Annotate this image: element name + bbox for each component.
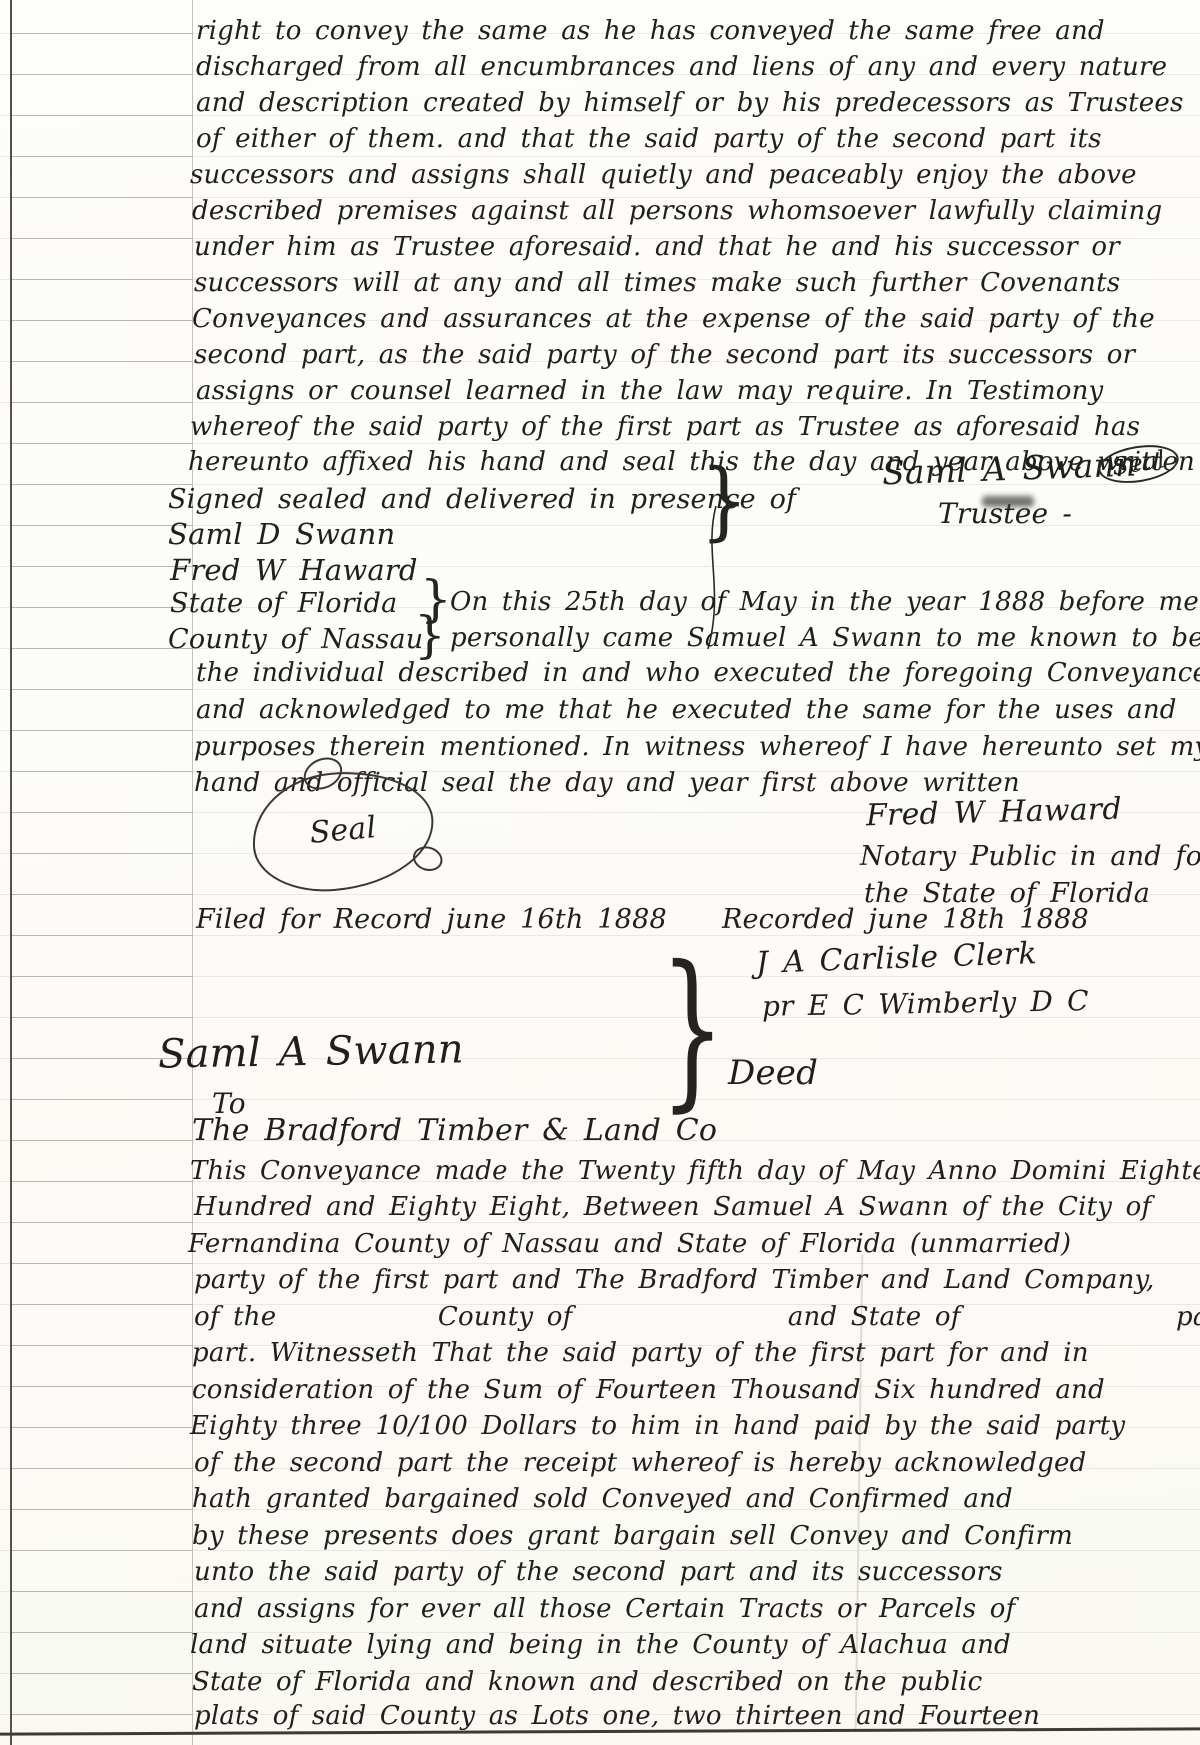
doc-type-label: Deed <box>728 1056 818 1090</box>
deed-body-line: of either of them. and that the said par… <box>196 126 1102 152</box>
deed-body-line: under him as Trustee aforesaid. and that… <box>194 234 1120 260</box>
clerk-signature: J A Carlisle Clerk <box>756 939 1038 979</box>
deed2-body-line: by these presents does grant bargain sel… <box>192 1523 1073 1549</box>
deed-body-line: successors will at any and all times mak… <box>194 270 1120 296</box>
new-deed-grantee: The Bradford Timber & Land Co <box>192 1116 717 1146</box>
new-deed-grantor: Saml A Swann <box>158 1029 464 1074</box>
page-left-edge-line <box>10 0 12 1745</box>
deed2-body-line: This Conveyance made the Twenty fifth da… <box>190 1158 1200 1184</box>
witness-signature: Saml D Swann <box>168 520 395 549</box>
notary-signature: Fred W Haward <box>866 795 1122 832</box>
deed-body-line: discharged from all encumbrances and lie… <box>196 54 1167 80</box>
deed2-body-line: Hundred and Eighty Eight, Between Samuel… <box>194 1194 1151 1220</box>
deed2-body-line: Fernandina County of Nassau and State of… <box>188 1231 1071 1257</box>
notary-title-line: Notary Public in and for <box>860 843 1200 870</box>
deed2-body-line: unto the said party of the second part a… <box>194 1559 1003 1585</box>
deed-body-line: right to convey the same as he has conve… <box>196 18 1105 44</box>
deed-body-line: described premises against all persons w… <box>192 198 1162 224</box>
deputy-clerk-signature: pr E C Wimberly D C <box>762 987 1089 1021</box>
filed-for-record-line: Filed for Record june 16th 1888 Recorded… <box>196 906 1089 933</box>
ink-smudge <box>982 496 1034 507</box>
deed-body-line: assigns or counsel learned in the law ma… <box>196 378 1103 404</box>
deed-body-line: Conveyances and assurances at the expens… <box>192 306 1155 332</box>
deed2-body-line: party of the first part and The Bradford… <box>194 1267 1154 1293</box>
deed2-body-line: plats of said County as Lots one, two th… <box>194 1703 1040 1729</box>
deed2-body-line: of the second part the receipt whereof i… <box>194 1450 1086 1476</box>
notary-title-line: the State of Florida <box>864 880 1150 907</box>
deed2-body-line: Eighty three 10/100 Dollars to him in ha… <box>190 1413 1125 1439</box>
ack-body-line: and acknowledged to me that he executed … <box>196 697 1177 723</box>
deed-body-line: second part, as the said party of the se… <box>194 342 1135 368</box>
ruled-lines-left-margin <box>11 0 192 1745</box>
ack-line-county: personally came Samuel A Swann to me kno… <box>450 625 1200 651</box>
deed-body-line: and description created by himself or by… <box>196 90 1184 116</box>
ack-line-state: On this 25th day of May in the year 1888… <box>450 589 1199 615</box>
ack-body-line: the individual described in and who exec… <box>196 660 1200 686</box>
notary-seal-label: Seal <box>309 813 378 849</box>
state-label: State of Florida <box>170 590 397 617</box>
deed2-body-line: land situate lying and being in the Coun… <box>190 1632 1011 1658</box>
county-label: County of Nassau <box>168 626 423 653</box>
caption-brace-glyph: } <box>660 944 725 1114</box>
deed2-body-line: and assigns for ever all those Certain T… <box>194 1596 1015 1622</box>
deed2-body-line: of the County of and State of party of t… <box>194 1304 1200 1330</box>
county-brace-glyph: } <box>414 610 446 660</box>
ack-body-line: purposes therein mentioned. In witness w… <box>194 734 1200 760</box>
deed-body-line: whereof the said party of the first part… <box>190 414 1140 440</box>
deed-body-line: successors and assigns shall quietly and… <box>190 162 1137 188</box>
deed2-body-line: hath granted bargained sold Conveyed and… <box>192 1486 1013 1512</box>
deed2-body-line: State of Florida and known and described… <box>192 1669 982 1695</box>
deed2-body-line: consideration of the Sum of Fourteen Tho… <box>192 1377 1105 1403</box>
deed2-body-line: part. Witnesseth That the said party of … <box>192 1340 1089 1366</box>
deed-record-page: right to convey the same as he has conve… <box>0 0 1200 1745</box>
witness-signature: Fred W Haward <box>170 556 418 585</box>
